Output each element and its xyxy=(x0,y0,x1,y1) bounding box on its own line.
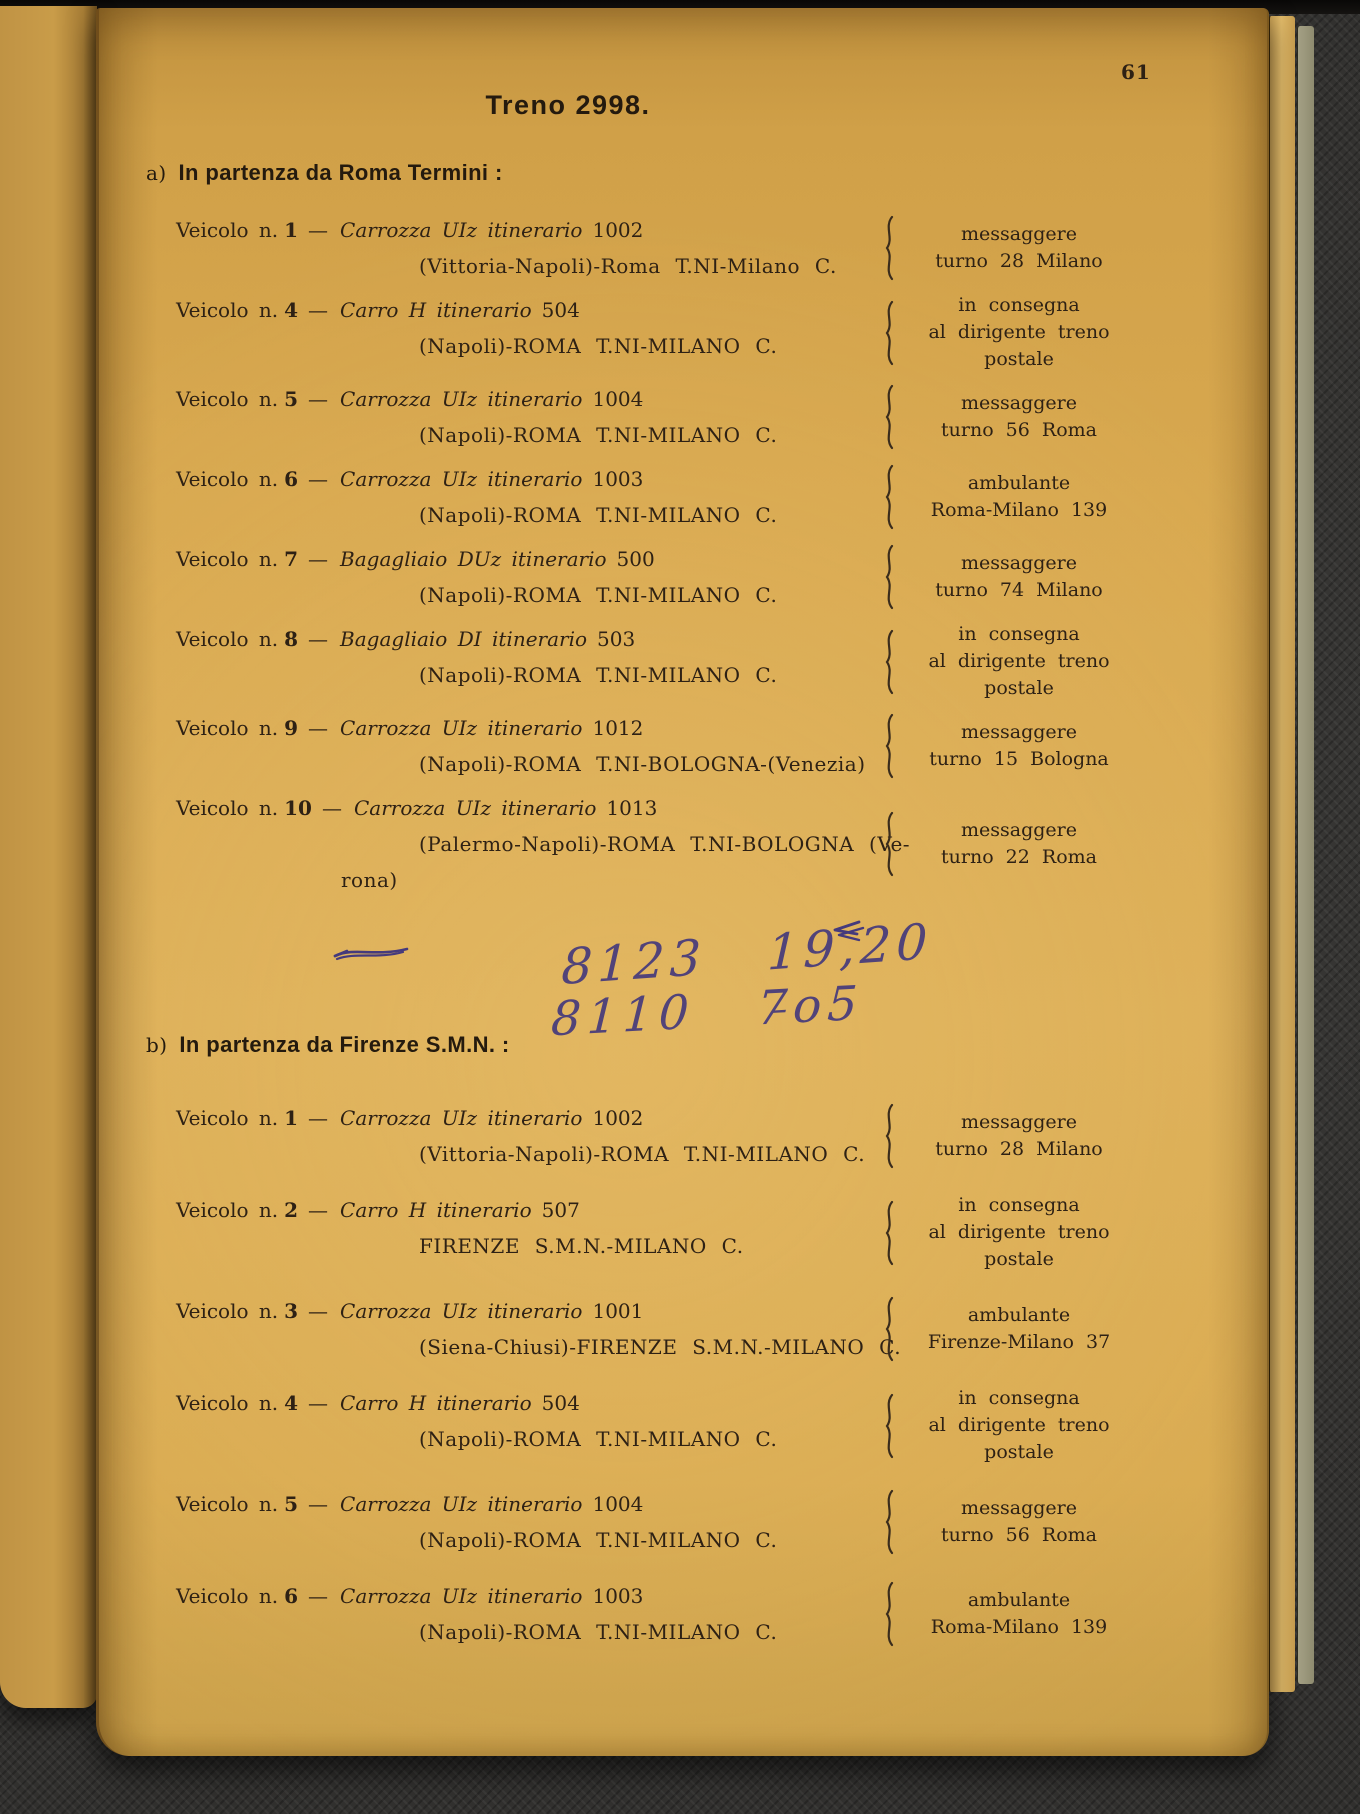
note-line: Roma-Milano 139 xyxy=(896,1614,1142,1641)
entry-right: messaggereturno 28 Milano xyxy=(802,1100,1142,1172)
vehicle-label: Veicolo n. xyxy=(176,1584,278,1608)
entry-right: in consegnaal dirigente treno postale xyxy=(802,292,1142,373)
vehicle-entry: Veicolo n.5—Carrozza UIz itinerario1004 … xyxy=(176,1486,1142,1558)
entry-left: Veicolo n.7—Bagagliaio DUz itinerario500… xyxy=(176,541,802,613)
vehicle-description: Carrozza UIz itinerario xyxy=(354,796,596,820)
itinerary-number: 1001 xyxy=(592,1299,643,1323)
note-line: messaggere xyxy=(896,550,1142,577)
vehicle-entry: Veicolo n.6—Carrozza UIz itinerario1003 … xyxy=(176,461,1142,533)
vehicle-description: Carrozza UIz itinerario xyxy=(340,1106,582,1130)
note-line: messaggere xyxy=(896,390,1142,417)
section-heading: In partenza da Firenze S.M.N. : xyxy=(179,1032,509,1057)
route-line: (Napoli)-ROMA T.NI-MILANO C. xyxy=(419,1522,802,1558)
vehicle-head-line: Veicolo n.7—Bagagliaio DUz itinerario500 xyxy=(176,541,802,577)
note-line: turno 28 Milano xyxy=(896,248,1142,275)
vehicle-head-line: Veicolo n.8—Bagagliaio DI itinerario503 xyxy=(176,621,802,657)
note-line: ambulante xyxy=(896,1302,1142,1329)
note: messaggereturno 22 Roma xyxy=(896,817,1142,871)
route-line: (Napoli)-ROMA T.NI-BOLOGNA-(Venezia) xyxy=(419,746,802,782)
note: messaggereturno 15 Bologna xyxy=(896,719,1142,773)
note-line: turno 22 Roma xyxy=(896,844,1142,871)
note-line: al dirigente treno postale xyxy=(896,319,1142,373)
itinerary-number: 1003 xyxy=(592,467,643,491)
vehicle-entry: Veicolo n.3—Carrozza UIz itinerario1001 … xyxy=(176,1293,1142,1365)
route-line: (Vittoria-Napoli)-Roma T.NI-Milano C. xyxy=(419,248,802,284)
vehicle-description: Carrozza UIz itinerario xyxy=(340,1584,582,1608)
note: ambulanteRoma-Milano 139 xyxy=(896,470,1142,524)
vehicle-number: 8 xyxy=(284,627,298,651)
note-line: messaggere xyxy=(896,1495,1142,1522)
note-line: ambulante xyxy=(896,470,1142,497)
vehicle-label: Veicolo n. xyxy=(176,716,278,740)
entry-right: messaggereturno 22 Roma xyxy=(802,790,1142,898)
entry-right: messaggereturno 15 Bologna xyxy=(802,710,1142,782)
entry-left: Veicolo n.4—Carro H itinerario504 (Napol… xyxy=(176,292,802,373)
entry-left: Veicolo n.1—Carrozza UIz itinerario1002 … xyxy=(176,212,802,284)
dash: — xyxy=(308,218,328,242)
section-heading: In partenza da Roma Termini : xyxy=(179,160,503,185)
entry-right: in consegnaal dirigente treno postale xyxy=(802,1192,1142,1273)
vehicle-number: 1 xyxy=(284,1106,298,1130)
dash: — xyxy=(308,1391,328,1415)
brace-icon xyxy=(880,712,896,780)
brace-icon xyxy=(880,1199,896,1267)
brace-icon xyxy=(880,463,896,531)
note-line: ambulante xyxy=(896,1587,1142,1614)
dash: — xyxy=(308,1198,328,1222)
itinerary-number: 1012 xyxy=(592,716,643,740)
route-line: (Napoli)-ROMA T.NI-MILANO C. xyxy=(419,1614,802,1650)
dash: — xyxy=(308,1106,328,1130)
entry-left: Veicolo n.4—Carro H itinerario504 (Napol… xyxy=(176,1385,802,1466)
vehicle-number: 3 xyxy=(284,1299,298,1323)
itinerary-number: 504 xyxy=(542,298,580,322)
entry-right: in consegnaal dirigente treno postale xyxy=(802,1385,1142,1466)
brace-icon xyxy=(880,543,896,611)
vehicle-description: Carrozza UIz itinerario xyxy=(340,467,582,491)
note: messaggereturno 74 Milano xyxy=(896,550,1142,604)
itinerary-number: 504 xyxy=(542,1391,580,1415)
vehicle-entry: Veicolo n.6—Carrozza UIz itinerario1003 … xyxy=(176,1578,1142,1650)
route-line: (Napoli)-ROMA T.NI-MILANO C. xyxy=(419,328,802,364)
vehicle-label: Veicolo n. xyxy=(176,387,278,411)
note-line: in consegna xyxy=(896,1192,1142,1219)
vehicle-label: Veicolo n. xyxy=(176,1198,278,1222)
vehicle-number: 10 xyxy=(284,796,312,820)
vehicle-label: Veicolo n. xyxy=(176,298,278,322)
vehicle-head-line: Veicolo n.6—Carrozza UIz itinerario1003 xyxy=(176,461,802,497)
page-stack-edge xyxy=(1268,16,1295,1692)
brace-icon xyxy=(880,383,896,451)
brace-icon xyxy=(880,1392,896,1460)
vehicle-number: 2 xyxy=(284,1198,298,1222)
note: in consegnaal dirigente treno postale xyxy=(896,1385,1142,1466)
vehicle-number: 5 xyxy=(284,1492,298,1516)
vehicle-label: Veicolo n. xyxy=(176,218,278,242)
dash: — xyxy=(308,627,328,651)
route-line: FIRENZE S.M.N.-MILANO C. xyxy=(419,1228,802,1264)
route-line: (Siena-Chiusi)-FIRENZE S.M.N.-MILANO C. xyxy=(419,1329,802,1365)
vehicle-head-line: Veicolo n.1—Carrozza UIz itinerario1002 xyxy=(176,212,802,248)
vehicle-description: Bagagliaio DI itinerario xyxy=(340,627,587,651)
section: b)In partenza da Firenze S.M.N. : Veicol… xyxy=(176,1030,1142,1650)
entry-left: Veicolo n.5—Carrozza UIz itinerario1004 … xyxy=(176,1486,802,1558)
dash: — xyxy=(308,547,328,571)
vehicle-label: Veicolo n. xyxy=(176,1299,278,1323)
section-label: b) xyxy=(146,1033,167,1057)
route-line: rona) xyxy=(341,862,802,898)
itinerary-number: 507 xyxy=(542,1198,580,1222)
entry-left: Veicolo n.6—Carrozza UIz itinerario1003 … xyxy=(176,1578,802,1650)
vehicle-entry: Veicolo n.7—Bagagliaio DUz itinerario500… xyxy=(176,541,1142,613)
section-heading-row: a)In partenza da Roma Termini : xyxy=(146,158,1142,188)
section-label: a) xyxy=(146,161,167,185)
brace-icon xyxy=(880,628,896,696)
entry-left: Veicolo n.2—Carro H itinerario507 FIRENZ… xyxy=(176,1192,802,1273)
vehicle-head-line: Veicolo n.6—Carrozza UIz itinerario1003 xyxy=(176,1578,802,1614)
vehicle-head-line: Veicolo n.9—Carrozza UIz itinerario1012 xyxy=(176,710,802,746)
brace-icon xyxy=(880,214,896,282)
section: a)In partenza da Roma Termini : Veicolo … xyxy=(176,158,1142,898)
vehicle-head-line: Veicolo n.1—Carrozza UIz itinerario1002 xyxy=(176,1100,802,1136)
entry-left: Veicolo n.6—Carrozza UIz itinerario1003 … xyxy=(176,461,802,533)
vehicle-number: 6 xyxy=(284,1584,298,1608)
vehicle-label: Veicolo n. xyxy=(176,467,278,491)
vehicle-head-line: Veicolo n.3—Carrozza UIz itinerario1001 xyxy=(176,1293,802,1329)
vehicle-entry: Veicolo n.4—Carro H itinerario504 (Napol… xyxy=(176,292,1142,373)
vehicle-label: Veicolo n. xyxy=(176,547,278,571)
section-heading-row: b)In partenza da Firenze S.M.N. : xyxy=(146,1030,1142,1060)
document-page: 61 Treno 2998. a)In partenza da Roma Ter… xyxy=(96,8,1269,1756)
vehicle-label: Veicolo n. xyxy=(176,1391,278,1415)
note-line: al dirigente treno postale xyxy=(896,648,1142,702)
entry-left: Veicolo n.3—Carrozza UIz itinerario1001 … xyxy=(176,1293,802,1365)
vehicle-head-line: Veicolo n.5—Carrozza UIz itinerario1004 xyxy=(176,381,802,417)
brace-icon xyxy=(880,1295,896,1363)
vehicle-number: 4 xyxy=(284,1391,298,1415)
vehicle-entry: Veicolo n.8—Bagagliaio DI itinerario503 … xyxy=(176,621,1142,702)
vehicle-head-line: Veicolo n.4—Carro H itinerario504 xyxy=(176,1385,802,1421)
route-line: (Napoli)-ROMA T.NI-MILANO C. xyxy=(419,497,802,533)
vehicle-entry: Veicolo n.2—Carro H itinerario507 FIRENZ… xyxy=(176,1192,1142,1273)
vehicle-description: Carro H itinerario xyxy=(340,1198,532,1222)
vehicle-description: Carrozza UIz itinerario xyxy=(340,387,582,411)
note: messaggereturno 28 Milano xyxy=(896,221,1142,275)
note-line: turno 56 Roma xyxy=(896,417,1142,444)
entry-right: messaggereturno 56 Roma xyxy=(802,381,1142,453)
dash: — xyxy=(322,796,342,820)
entry-left: Veicolo n.5—Carrozza UIz itinerario1004 … xyxy=(176,381,802,453)
entry-right: in consegnaal dirigente treno postale xyxy=(802,621,1142,702)
dash: — xyxy=(308,1299,328,1323)
vehicle-description: Carrozza UIz itinerario xyxy=(340,716,582,740)
vehicle-number: 5 xyxy=(284,387,298,411)
entry-right: ambulanteRoma-Milano 139 xyxy=(802,461,1142,533)
note: messaggereturno 28 Milano xyxy=(896,1109,1142,1163)
dash: — xyxy=(308,1492,328,1516)
note-line: in consegna xyxy=(896,1385,1142,1412)
note: ambulanteRoma-Milano 139 xyxy=(896,1587,1142,1641)
vehicle-label: Veicolo n. xyxy=(176,627,278,651)
note-line: messaggere xyxy=(896,817,1142,844)
note: in consegnaal dirigente treno postale xyxy=(896,1192,1142,1273)
note-line: turno 15 Bologna xyxy=(896,746,1142,773)
vehicle-head-line: Veicolo n.2—Carro H itinerario507 xyxy=(176,1192,802,1228)
note-line: turno 74 Milano xyxy=(896,577,1142,604)
vehicle-entry: Veicolo n.4—Carro H itinerario504 (Napol… xyxy=(176,1385,1142,1466)
dash: — xyxy=(308,387,328,411)
note-line: in consegna xyxy=(896,621,1142,648)
section-entries: Veicolo n.1—Carrozza UIz itinerario1002 … xyxy=(176,1100,1142,1650)
route-line: (Napoli)-ROMA T.NI-MILANO C. xyxy=(419,1421,802,1457)
brace-icon xyxy=(880,1488,896,1556)
vehicle-description: Carro H itinerario xyxy=(340,298,532,322)
route-line: (Vittoria-Napoli)-ROMA T.NI-MILANO C. xyxy=(419,1136,802,1172)
note-line: turno 28 Milano xyxy=(896,1136,1142,1163)
vehicle-entry: Veicolo n.9—Carrozza UIz itinerario1012 … xyxy=(176,710,1142,782)
itinerary-number: 1004 xyxy=(592,387,643,411)
entry-left: Veicolo n.8—Bagagliaio DI itinerario503 … xyxy=(176,621,802,702)
vehicle-head-line: Veicolo n.10—Carrozza UIz itinerario1013 xyxy=(176,790,802,826)
itinerary-number: 500 xyxy=(617,547,655,571)
entry-right: messaggereturno 56 Roma xyxy=(802,1486,1142,1558)
route-line: (Palermo-Napoli)-ROMA T.NI-BOLOGNA (Ve- xyxy=(419,826,802,862)
note-line: Roma-Milano 139 xyxy=(896,497,1142,524)
dash: — xyxy=(308,298,328,322)
note: ambulanteFirenze-Milano 37 xyxy=(896,1302,1142,1356)
entry-left: Veicolo n.9—Carrozza UIz itinerario1012 … xyxy=(176,710,802,782)
vehicle-label: Veicolo n. xyxy=(176,1492,278,1516)
note-line: messaggere xyxy=(896,221,1142,248)
note-line: messaggere xyxy=(896,1109,1142,1136)
note: in consegnaal dirigente treno postale xyxy=(896,621,1142,702)
vehicle-entry: Veicolo n.5—Carrozza UIz itinerario1004 … xyxy=(176,381,1142,453)
route-line: (Napoli)-ROMA T.NI-MILANO C. xyxy=(419,657,802,693)
itinerary-number: 1004 xyxy=(592,1492,643,1516)
itinerary-number: 1002 xyxy=(592,1106,643,1130)
route-line: (Napoli)-ROMA T.NI-MILANO C. xyxy=(419,417,802,453)
brace-icon xyxy=(880,1580,896,1648)
vehicle-head-line: Veicolo n.4—Carro H itinerario504 xyxy=(176,292,802,328)
dash: — xyxy=(308,716,328,740)
vehicle-number: 1 xyxy=(284,218,298,242)
itinerary-number: 1002 xyxy=(592,218,643,242)
brace-icon xyxy=(880,299,896,367)
vehicle-entry: Veicolo n.1—Carrozza UIz itinerario1002 … xyxy=(176,1100,1142,1172)
section-entries: Veicolo n.1—Carrozza UIz itinerario1002 … xyxy=(176,212,1142,898)
vehicle-label: Veicolo n. xyxy=(176,1106,278,1130)
brace-icon xyxy=(880,810,896,878)
note: in consegnaal dirigente treno postale xyxy=(896,292,1142,373)
vehicle-description: Carrozza UIz itinerario xyxy=(340,1299,582,1323)
note: messaggereturno 56 Roma xyxy=(896,1495,1142,1549)
page-number: 61 xyxy=(1121,60,1151,84)
dash: — xyxy=(308,1584,328,1608)
vehicle-description: Carro H itinerario xyxy=(340,1391,532,1415)
note: messaggereturno 56 Roma xyxy=(896,390,1142,444)
entry-right: ambulanteFirenze-Milano 37 xyxy=(802,1293,1142,1365)
note-line: in consegna xyxy=(896,292,1142,319)
note-line: al dirigente treno postale xyxy=(896,1219,1142,1273)
vehicle-entry: Veicolo n.1—Carrozza UIz itinerario1002 … xyxy=(176,212,1142,284)
itinerary-number: 1013 xyxy=(606,796,657,820)
vehicle-number: 9 xyxy=(284,716,298,740)
note-line: al dirigente treno postale xyxy=(896,1412,1142,1466)
page-title: Treno 2998. xyxy=(485,90,650,120)
note-line: Firenze-Milano 37 xyxy=(896,1329,1142,1356)
note-line: messaggere xyxy=(896,719,1142,746)
route-line: (Napoli)-ROMA T.NI-MILANO C. xyxy=(419,577,802,613)
brace-icon xyxy=(880,1102,896,1170)
itinerary-number: 1003 xyxy=(592,1584,643,1608)
vehicle-number: 7 xyxy=(284,547,298,571)
entry-right: messaggereturno 28 Milano xyxy=(802,212,1142,284)
vehicle-description: Carrozza UIz itinerario xyxy=(340,218,582,242)
vehicle-head-line: Veicolo n.5—Carrozza UIz itinerario1004 xyxy=(176,1486,802,1522)
vehicle-number: 6 xyxy=(284,467,298,491)
book-cover-edge xyxy=(1297,26,1314,1684)
vehicle-description: Carrozza UIz itinerario xyxy=(340,1492,582,1516)
entry-right: messaggereturno 74 Milano xyxy=(802,541,1142,613)
entry-left: Veicolo n.10—Carrozza UIz itinerario1013… xyxy=(176,790,802,898)
entry-right: ambulanteRoma-Milano 139 xyxy=(802,1578,1142,1650)
entry-left: Veicolo n.1—Carrozza UIz itinerario1002 … xyxy=(176,1100,802,1172)
facing-page-edge xyxy=(0,6,97,1708)
vehicle-entry: Veicolo n.10—Carrozza UIz itinerario1013… xyxy=(176,790,1142,898)
vehicle-label: Veicolo n. xyxy=(176,796,278,820)
dash: — xyxy=(308,467,328,491)
sections-container: a)In partenza da Roma Termini : Veicolo … xyxy=(176,158,1142,1670)
book-photo: 61 Treno 2998. a)In partenza da Roma Ter… xyxy=(0,0,1360,1814)
itinerary-number: 503 xyxy=(597,627,635,651)
note-line: turno 56 Roma xyxy=(896,1522,1142,1549)
vehicle-number: 4 xyxy=(284,298,298,322)
vehicle-description: Bagagliaio DUz itinerario xyxy=(340,547,606,571)
